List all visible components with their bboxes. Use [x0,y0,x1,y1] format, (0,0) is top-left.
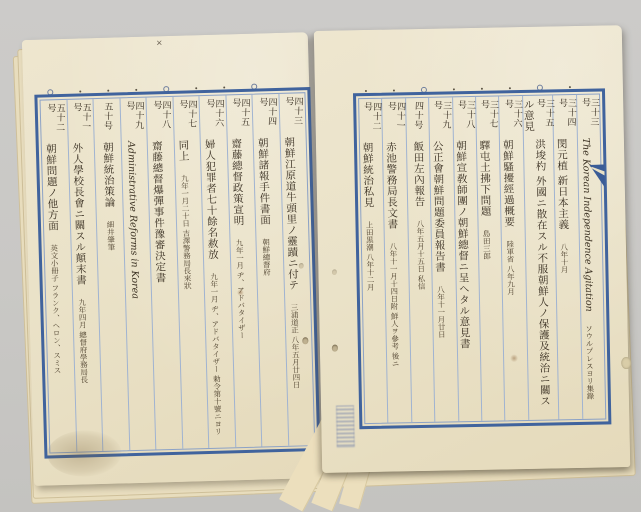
entry-number: 三十五号 [534,98,553,131]
entry-title: 朝鮮宣敎師團ノ朝鮮總督ニ呈ヘタル意見書 [455,140,471,349]
entry-note: 八年十一月十四日附 鮮人ヲ參考 後ニ [389,242,400,367]
left-page: × 四十三号 朝鮮江原道牛頭里ノ靈蹟ニ付テ 三浦道正 八年五月廿四日 四十四号 … [22,32,320,486]
entry-title: 朝鮮諸報手件書面 [257,137,271,225]
entry-title: 朝鮮統治策論 [102,141,116,207]
paper-stain [47,429,122,477]
entry-title: 赤池警務局長文書 [385,141,399,229]
entry-number: 五十二号 [45,103,64,135]
entry-text: 三十三号 The Korean Independence Agitation ソ… [578,95,603,412]
entry-title: 外人學校長會ニ關スル顛末書 [71,142,87,285]
entry-number: 四十一号 [385,101,404,134]
entry-number: 三十九号 [431,100,450,133]
entry-number: 三十四号 [555,98,574,131]
entry-note: 上田黒潮 八年十二月 [365,221,375,291]
entry-note: 九年四月 總督府學務局長 [78,298,89,383]
binding-hole [332,269,337,275]
entry-title: Administrative Reforms in Korea [125,141,140,299]
entry-number: 三十七号 [478,99,497,132]
entry-text: 三十八号 朝鮮宣敎師團ノ朝鮮總督ニ呈ヘタル意見書 [454,97,479,414]
entry-title: The Korean Independence Agitation [580,138,594,312]
entry-title: 齋藤總督政策宣明 [230,138,244,226]
entry-title: 飯田左內報告 [412,141,425,207]
entry-title: 朝鮮問題ノ他方面 [45,143,59,231]
entry-note: 八年十月 [560,243,570,273]
entry-text: 三十七号 驛屯土拂下問題 島田三郎 [478,96,503,413]
entry-text: 四十二号 朝鮮統治私見 上田黒潮 八年十二月 [361,99,386,416]
right-page: 三十三号 The Korean Independence Agitation ソ… [314,25,630,473]
entry-number: 四十二号 [361,102,380,135]
entry-number: 四十九号 [124,101,143,133]
entry-number: 四十号 [412,101,422,133]
entry-title: 同上 [177,139,190,161]
entry-number: 三十六号 [501,99,520,132]
entry-text: 五十号 朝鮮統治策論 細井肇筆 [101,99,121,444]
entry-number: 四十五号 [230,98,249,130]
entry-note: ソウルプレスヨリ集錄 [585,324,595,399]
entry-note: 朝鮮總督府 [261,238,271,276]
binding-hole [299,263,304,269]
entry-number: 五十一号 [71,102,90,134]
entry-title: 齋藤總督爆彈事件豫審決定書 [151,140,167,283]
entry-note: 八年十一月廿日 [436,285,446,338]
library-stamp [336,405,355,447]
entry-note: 八年五月十五日 私信 [416,220,426,290]
entry-number: 四十四号 [256,97,275,129]
entry-text: 三十六号 朝鮮騷擾經過概要 陸軍省 八年九月 [501,96,526,413]
entry-number: 四十八号 [150,100,169,132]
printed-ruled-frame: 三十三号 The Korean Independence Agitation ソ… [358,94,606,425]
binding-hole [332,345,338,352]
entry-title: 公正會朝鮮問題委員報告書 [432,140,447,272]
entry-note: 陸軍省 八年九月 [506,240,516,295]
entry-title: 驛屯土拂下問題 [478,139,491,216]
entry-text: 四十一号 赤池警務局長文書 八年十一月十四日附 鮮人ヲ參考 後ニ [384,98,409,415]
entry-number: 三十三号 [579,97,598,130]
entry-number: 四十六号 [203,99,222,131]
entry-text: 三十四号 閔元植 新日本主義 八年十月 [555,95,580,412]
photo-background: × 四十三号 朝鮮江原道牛頭里ノ靈蹟ニ付テ 三浦道正 八年五月廿四日 四十四号 … [0,0,641,512]
entry-title: 朝鮮統治私見 [361,142,374,208]
entry-text: 四十三号 朝鮮江原道牛頭里ノ靈蹟ニ付テ 三浦道正 八年五月廿四日 [282,93,311,438]
entry-number: 四十三号 [283,96,302,128]
entry-number: 三十八号 [455,100,474,133]
entry-title: 朝鮮江原道牛頭里ノ靈蹟ニ付テ [283,136,299,290]
entry-number: 四十七号 [177,99,196,131]
entry-note: 細井肇筆 [106,220,116,250]
entry-number: 五十号 [102,102,112,134]
entry-note: 島田三郎 [482,229,492,259]
entry-text: 四十号 飯田左內報告 八年五月十五日 私信 [412,98,429,415]
collation-mark: × [156,38,163,47]
entry-note: 九年一月二十日 吉澤警務局長來狀 [180,174,192,289]
entry-text: 三十九号 公正會朝鮮問題委員報告書 八年十一月廿日 [431,97,456,414]
entry-note: 英文小冊子 フランク、ヘロン、スミス [50,244,63,374]
edge-notch [621,357,631,369]
entry-note: 九年一月 ヂ、アドバタイザー 勅令第十號ニヨリ [209,272,223,434]
entry-text: 三十五号 洪埈杓 外國ニ散在スル不服朝鮮人ノ保護及統治ニ關スル意見 [523,95,559,413]
printed-ruled-frame: 四十三号 朝鮮江原道牛頭里ノ靈蹟ニ付テ 三浦道正 八年五月廿四日 四十四号 朝鮮… [39,92,315,453]
entry-title: 閔元植 新日本主義 [556,138,570,230]
ruling-dots [365,84,571,94]
entry-title: 朝鮮騷擾經過概要 [502,139,516,227]
entry-title: 婦人犯罪者七十餘名赦放 [204,139,219,260]
entry-note: 三浦道正 八年五月廿四日 [290,303,301,388]
